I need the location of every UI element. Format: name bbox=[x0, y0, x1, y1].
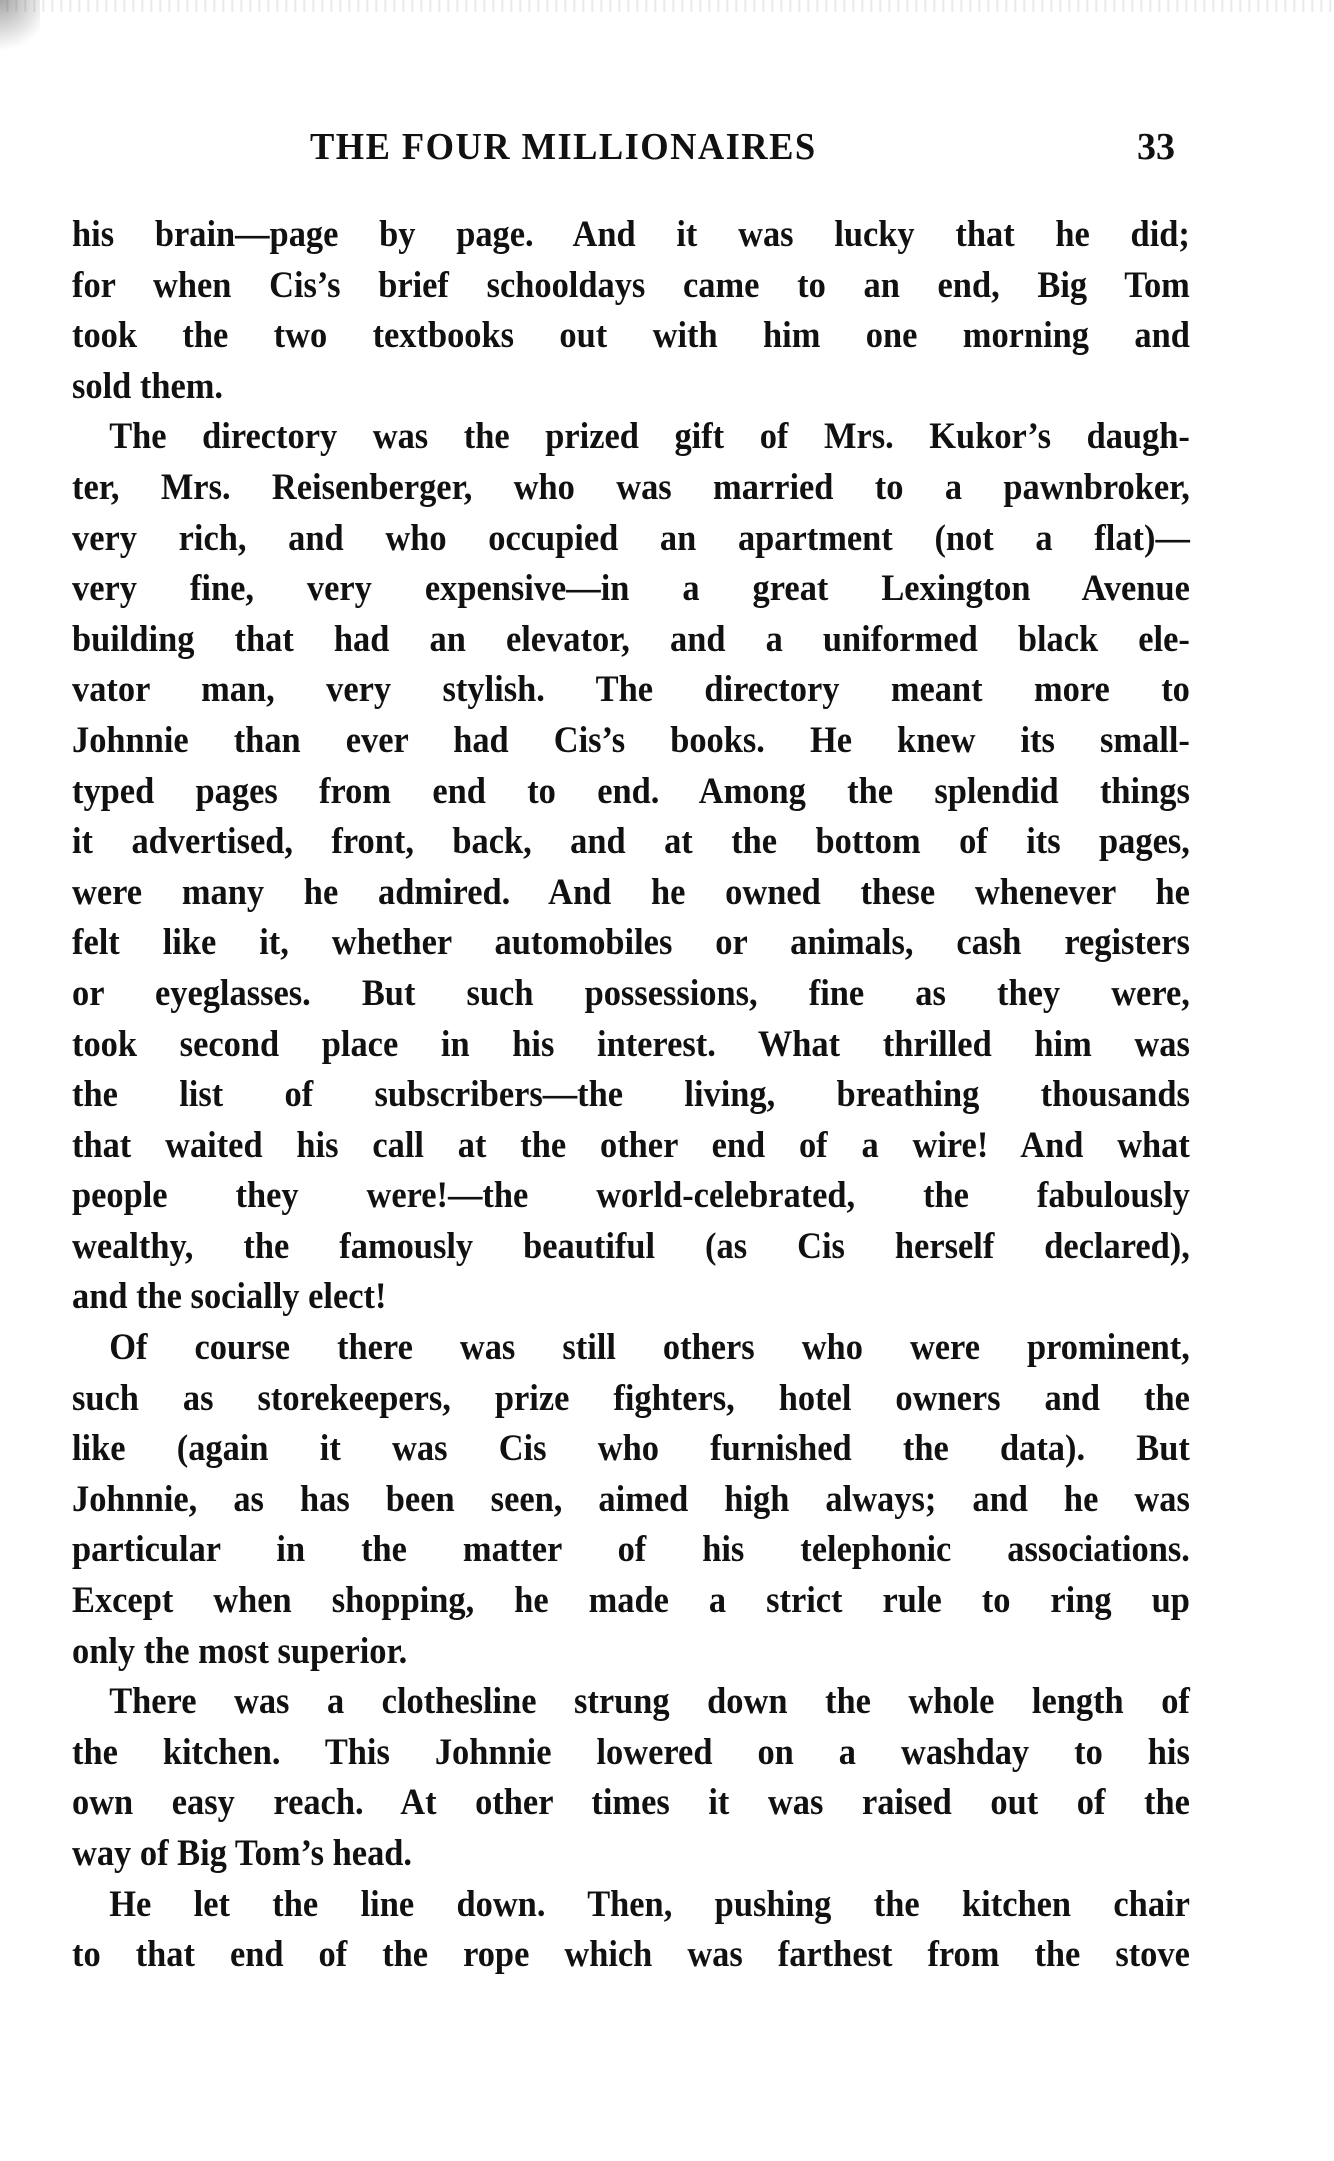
body-text: his brain—page by page. And it was lucky… bbox=[72, 210, 1190, 1981]
scan-artifact-top-edge bbox=[0, 0, 1334, 12]
text-line: Johnnie than ever had Cis’s books. He kn… bbox=[72, 716, 1190, 767]
text-line: people they were!—the world-celebrated, … bbox=[72, 1171, 1190, 1222]
text-line: The directory was the prized gift of Mrs… bbox=[72, 412, 1190, 463]
text-line: vator man, very stylish. The directory m… bbox=[72, 665, 1190, 716]
paragraph: He let the line down. Then, pushing the … bbox=[72, 1880, 1190, 1981]
text-line: the list of subscribers—the living, brea… bbox=[72, 1070, 1190, 1121]
text-line: own easy reach. At other times it was ra… bbox=[72, 1778, 1190, 1829]
paragraph: The directory was the prized gift of Mrs… bbox=[72, 412, 1190, 1323]
text-line: building that had an elevator, and a uni… bbox=[72, 615, 1190, 666]
text-line: like (again it was Cis who furnished the… bbox=[72, 1424, 1190, 1475]
text-line: took the two textbooks out with him one … bbox=[72, 311, 1190, 362]
text-line: way of Big Tom’s head. bbox=[72, 1829, 1190, 1880]
text-line: only the most superior. bbox=[72, 1627, 1190, 1678]
paragraph: There was a clothesline strung down the … bbox=[72, 1677, 1190, 1879]
text-line: the kitchen. This Johnnie lowered on a w… bbox=[72, 1728, 1190, 1779]
text-line: wealthy, the famously beautiful (as Cis … bbox=[72, 1222, 1190, 1273]
text-line: were many he admired. And he owned these… bbox=[72, 868, 1190, 919]
text-line: for when Cis’s brief schooldays came to … bbox=[72, 261, 1190, 312]
page-number: 33 bbox=[1137, 122, 1175, 172]
running-title: THE FOUR MILLIONAIRES bbox=[310, 122, 817, 172]
text-line: Johnnie, as has been seen, aimed high al… bbox=[72, 1475, 1190, 1526]
paragraph: his brain—page by page. And it was lucky… bbox=[72, 210, 1190, 412]
text-line: his brain—page by page. And it was lucky… bbox=[72, 210, 1190, 261]
text-line: it advertised, front, back, and at the b… bbox=[72, 817, 1190, 868]
text-line: sold them. bbox=[72, 362, 1190, 413]
paragraph: Of course there was still others who wer… bbox=[72, 1323, 1190, 1677]
text-line: that waited his call at the other end of… bbox=[72, 1121, 1190, 1172]
text-line: or eyeglasses. But such possessions, fin… bbox=[72, 969, 1190, 1020]
text-line: Except when shopping, he made a strict r… bbox=[72, 1576, 1190, 1627]
text-line: typed pages from end to end. Among the s… bbox=[72, 767, 1190, 818]
book-page: THE FOUR MILLIONAIRES 33 his brain—page … bbox=[0, 0, 1334, 2161]
text-line: and the socially elect! bbox=[72, 1272, 1190, 1323]
text-line: such as storekeepers, prize fighters, ho… bbox=[72, 1374, 1190, 1425]
scan-artifact-corner bbox=[0, 0, 40, 60]
text-line: There was a clothesline strung down the … bbox=[72, 1677, 1190, 1728]
text-line: particular in the matter of his telephon… bbox=[72, 1525, 1190, 1576]
text-line: to that end of the rope which was farthe… bbox=[72, 1930, 1190, 1981]
text-line: ter, Mrs. Reisenberger, who was married … bbox=[72, 463, 1190, 514]
text-line: felt like it, whether automobiles or ani… bbox=[72, 918, 1190, 969]
text-line: Of course there was still others who wer… bbox=[72, 1323, 1190, 1374]
running-header: THE FOUR MILLIONAIRES 33 bbox=[0, 122, 1334, 172]
text-line: took second place in his interest. What … bbox=[72, 1020, 1190, 1071]
text-line: very rich, and who occupied an apartment… bbox=[72, 514, 1190, 565]
text-line: very fine, very expensive—in a great Lex… bbox=[72, 564, 1190, 615]
text-line: He let the line down. Then, pushing the … bbox=[72, 1880, 1190, 1931]
